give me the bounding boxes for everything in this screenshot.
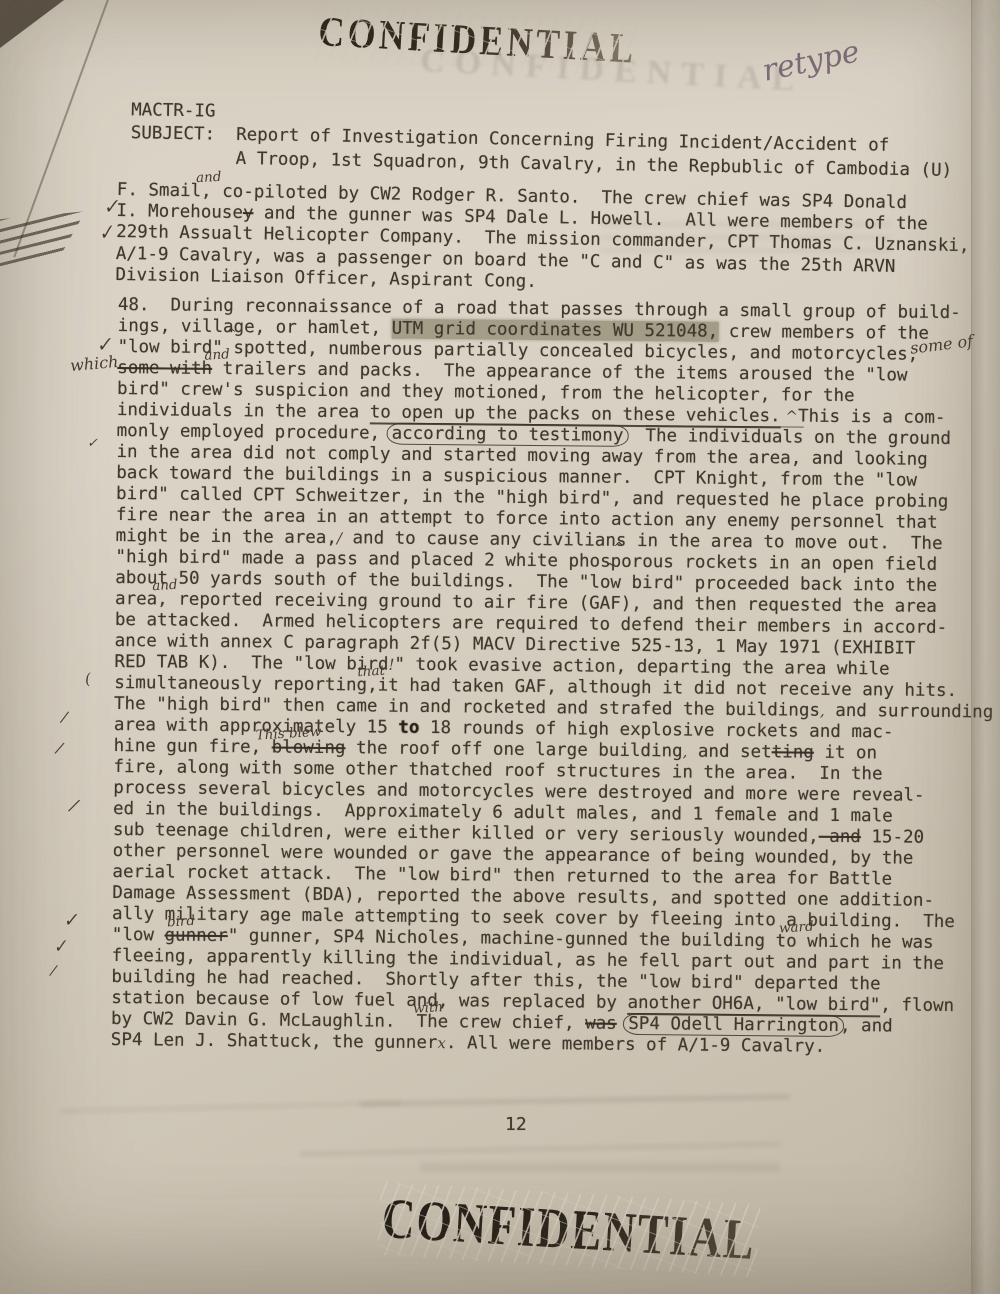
typed-segment: 15-20 [861, 827, 924, 848]
typed-segment: ings, village, or hamlet, [118, 316, 392, 339]
typed-segment-hand: x [437, 1034, 446, 1052]
typed-segment: orous rockets in an open field^ [621, 552, 937, 575]
typed-segment-xs: was [585, 1014, 617, 1034]
typed-segment: and surrounding [825, 701, 994, 723]
smudge-line [360, 1094, 790, 1107]
typed-segment: RED TAB K). The "low bird [114, 652, 388, 675]
typed-segment-xs: ting [772, 742, 814, 762]
typed-segment: crew members of the [718, 322, 929, 344]
typed-segment: simultaneously reporting [114, 673, 367, 695]
handwritten-insertion: with [412, 997, 443, 1020]
smudge-line [300, 1142, 780, 1156]
margin-slash-mark: / [60, 708, 68, 727]
page-number: 12 [505, 1114, 527, 1135]
typed-segment: w bird" proceeded back into the^ [610, 573, 937, 596]
typed-segment: hine gun fire, [114, 736, 272, 758]
typed-segment: on the ground [803, 428, 951, 449]
smudge-line [60, 1101, 400, 1114]
typed-segment: might be in the area, [116, 526, 337, 548]
handwritten-insertion: ^ [225, 324, 238, 346]
document-photo: CONFIDENTIAL CONFIDENTIAL retype MACTR-I… [0, 0, 1000, 1294]
typed-segment: it on [814, 743, 877, 764]
handwritten-insertion: and [196, 167, 222, 190]
typed-segment-circ: SP4 Odell Harrington [623, 1013, 844, 1037]
margin-slash-mark: / [55, 739, 64, 758]
scan-corner-shadow [0, 0, 64, 48]
typed-segment: The crew chief, with [416, 1012, 585, 1034]
handwritten-insertion: and [204, 344, 231, 366]
margin-slash-mark: / [50, 963, 57, 980]
typed-segment-b: to [398, 718, 419, 738]
margin-paren-mark: ( [84, 670, 92, 689]
handwritten-insertion: that [357, 661, 386, 684]
typed-segment: individuals in the area [117, 400, 370, 422]
typed-segment: This is a com- [798, 407, 946, 428]
handwritten-insertion: bird [166, 911, 195, 934]
typed-segment: , flown [880, 995, 954, 1016]
typed-segment-xs: some with [117, 358, 212, 379]
typed-segment: by CW2 Davin G. McLaughlin. [111, 1009, 417, 1032]
typed-segment [624, 426, 645, 446]
confidential-stamp-bottom-text: CONFIDENTIAL [380, 1187, 757, 1272]
typed-segment-xs: blowingThis blew [272, 737, 346, 758]
typed-segment-xs: and [819, 827, 861, 847]
page-curl-marks [0, 204, 97, 269]
confidential-stamp-bottom: CONFIDENTIAL [380, 1186, 757, 1273]
paragraph-48: 48. During reconnaissance of a road that… [111, 295, 997, 1059]
typed-segment: monly employed procedure, [117, 421, 391, 444]
bleed-through-text [600, 222, 890, 260]
typed-segment-hl: UTM grid coordinates WU 521048, [392, 319, 719, 342]
typed-segment-hand: ^ [781, 407, 799, 425]
typed-segment: I. Morehouse [116, 201, 243, 223]
handwritten-margin-word: which [69, 352, 119, 375]
handwritten-insertion: ^ [604, 558, 617, 580]
margin-check-mark: ✓ [62, 909, 79, 931]
handwritten-insertion: ^ [613, 537, 626, 559]
margin-slash-mark: / [68, 796, 80, 817]
margin-check-mark: ✓ [102, 195, 121, 219]
typed-segment-xs: gunnerbird [164, 925, 227, 946]
margin-check-mark: ✓ [87, 436, 98, 451]
typed-segment: the roof off one large building [345, 738, 682, 761]
typed-segment: . All were members of A/1-9 Cavalry. [446, 1033, 825, 1057]
handwritten-insertion: ward [778, 917, 814, 940]
typed-segment: "low [112, 925, 165, 946]
handwritten-retype-note: retype [759, 34, 862, 89]
typed-segment: , and [840, 1016, 893, 1037]
handwritten-insertion: This blew [255, 722, 322, 747]
margin-check-mark: ✓ [96, 220, 117, 245]
typed-segment-xs: y [243, 203, 254, 223]
typed-segment: and set [687, 741, 771, 762]
typed-segment-circ: according to testimony [387, 423, 629, 447]
smudge-line [420, 1162, 780, 1172]
handwritten-insertion: and [151, 575, 178, 597]
typed-segment: SP4 Len J. Shattuck, the gunner [111, 1030, 438, 1053]
letter-header: MACTR-IG SUBJECT: Report of Investigatio… [130, 99, 953, 183]
margin-check-mark: ✓ [51, 936, 69, 958]
typed-segment: which he wasward [797, 932, 934, 953]
typed-segment-ov: The individuals [645, 425, 803, 448]
